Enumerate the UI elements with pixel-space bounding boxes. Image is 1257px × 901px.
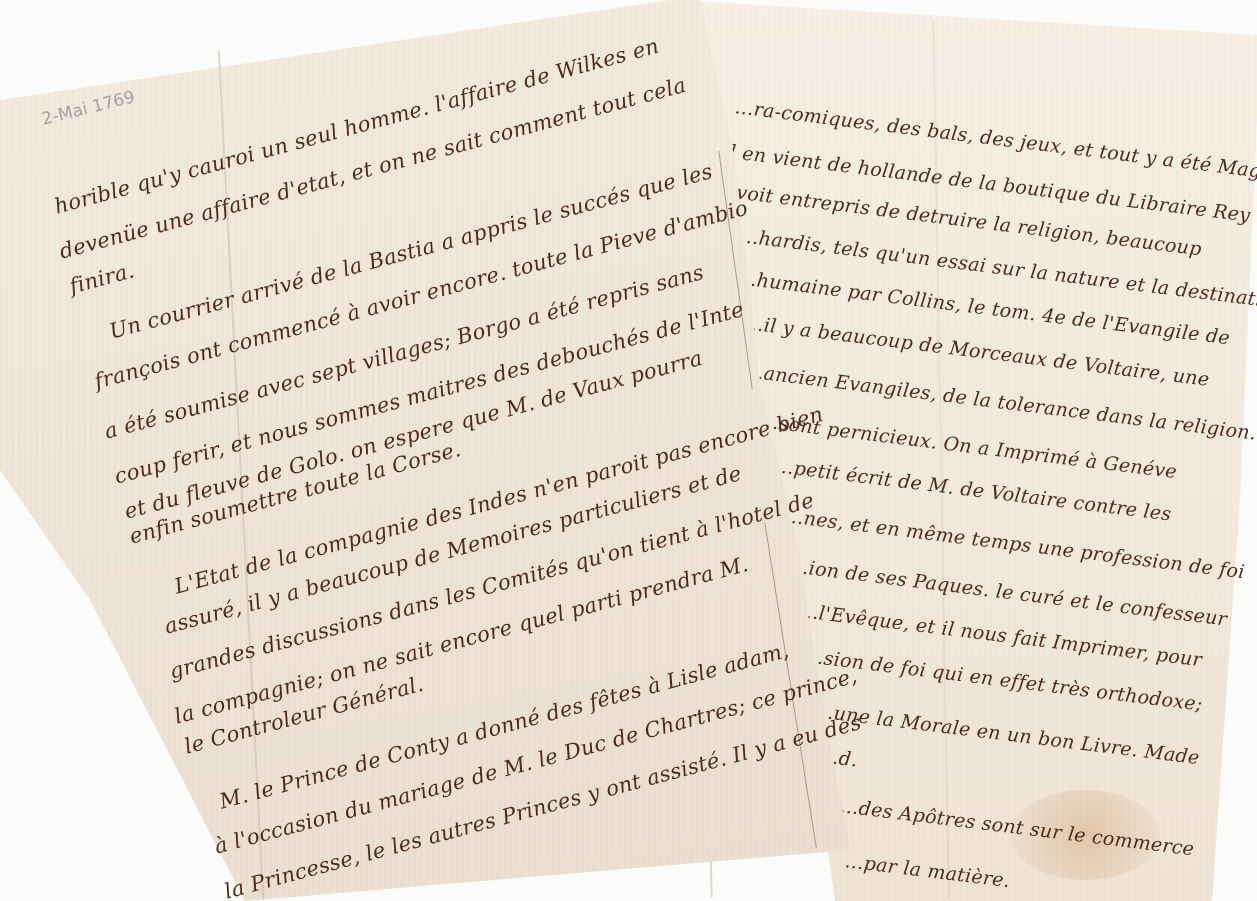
- photo-stage: ...ra-comiques, des bals, des jeux, et t…: [0, 0, 1257, 901]
